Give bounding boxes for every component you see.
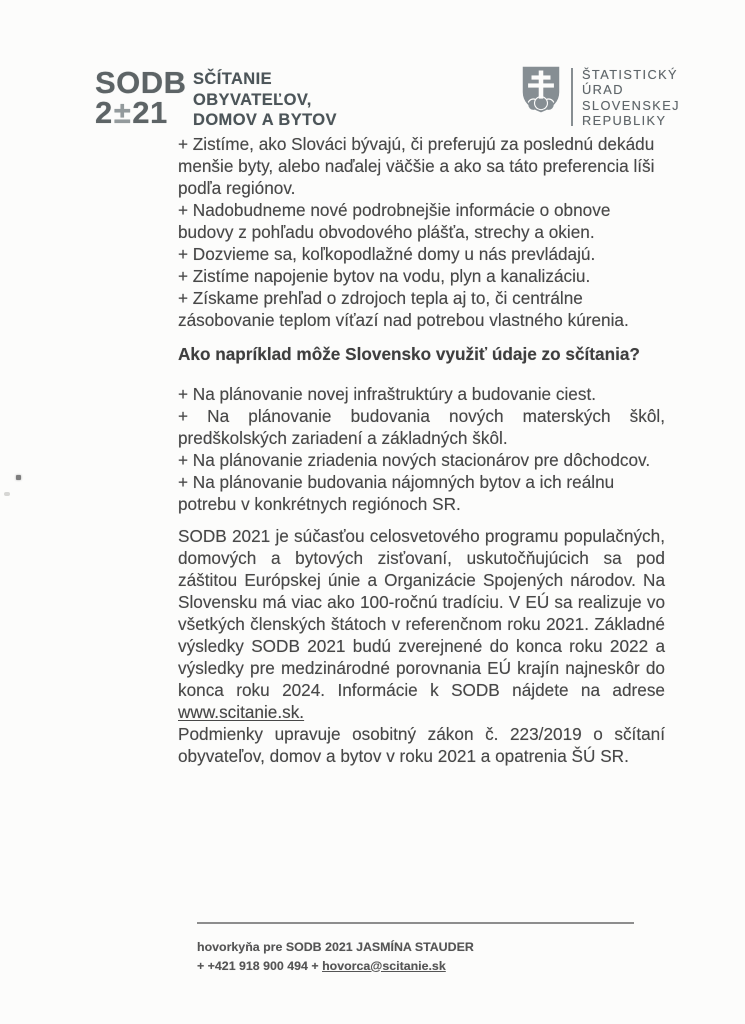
bullet-item: + Nadobudneme nové podrobnejšie informác… xyxy=(178,199,665,243)
sodb-logo: SODB 2±21 xyxy=(95,68,187,128)
phone-number: + +421 918 900 494 + xyxy=(197,959,322,973)
contact-line: + +421 918 900 494 + hovorca@scitanie.sk xyxy=(197,957,474,976)
agency-line4: REPUBLIKY xyxy=(582,113,680,128)
census-title-line3: DOMOV A BYTOV xyxy=(193,110,337,131)
spokesperson-email-link[interactable]: hovorca@scitanie.sk xyxy=(322,959,446,973)
scan-artifact-smudge xyxy=(4,492,10,496)
sodb-logo-line2: 2±21 xyxy=(95,98,187,128)
document-footer: hovorkyňa pre SODB 2021 JASMÍNA STAUDER … xyxy=(197,938,474,975)
slovak-coat-of-arms-icon xyxy=(522,66,560,113)
scan-artifact-dot xyxy=(16,475,21,480)
about-text: SODB 2021 je súčasťou celosvetového prog… xyxy=(178,526,665,700)
bullet-item: + Získame prehľad o zdrojoch tepla aj to… xyxy=(178,287,665,331)
plus-minus-glyph: ± xyxy=(113,95,133,130)
agency-line1: ŠTATISTICKÝ xyxy=(582,67,680,82)
sodb-logo-line1: SODB xyxy=(95,68,187,98)
statistical-office-name: ŠTATISTICKÝ ÚRAD SLOVENSKEJ REPUBLIKY xyxy=(582,67,680,129)
bullet-item: + Na plánovanie budovania nájomných byto… xyxy=(178,471,665,515)
usage-list: + Na plánovanie novej infraštruktúry a b… xyxy=(178,383,665,515)
scitanie-website-link[interactable]: www.scitanie.sk. xyxy=(178,702,304,722)
benefits-list: + Zistíme, ako Slováci bývajú, či prefer… xyxy=(178,133,665,331)
bullet-item: + Na plánovanie novej infraštruktúry a b… xyxy=(178,383,665,405)
census-title-line1: SČÍTANIE xyxy=(193,69,337,90)
census-title-line2: OBYVATEĽOV, xyxy=(193,90,337,111)
statistical-office-block: ŠTATISTICKÝ ÚRAD SLOVENSKEJ REPUBLIKY xyxy=(522,66,680,129)
bullet-item: + Na plánovanie zriadenia nových stacion… xyxy=(178,449,665,471)
spokesperson-line: hovorkyňa pre SODB 2021 JASMÍNA STAUDER xyxy=(197,938,474,957)
law-paragraph: Podmienky upravuje osobitný zákon č. 223… xyxy=(178,723,665,767)
section-heading: Ako napríklad môže Slovensko využiť údaj… xyxy=(178,343,665,365)
footer-divider xyxy=(197,922,634,924)
document-page: SODB 2±21 SČÍTANIE OBYVATEĽOV, DOMOV A B… xyxy=(0,0,745,1024)
bullet-item: + Zistíme, ako Slováci bývajú, či prefer… xyxy=(178,133,665,199)
agency-line3: SLOVENSKEJ xyxy=(582,98,680,113)
census-title: SČÍTANIE OBYVATEĽOV, DOMOV A BYTOV xyxy=(193,69,337,131)
document-body: + Zistíme, ako Slováci bývajú, či prefer… xyxy=(178,133,665,767)
header-vertical-divider xyxy=(571,68,573,126)
bullet-item: + Dozvieme sa, koľkopodlažné domy u nás … xyxy=(178,243,665,265)
bullet-item: + Zistíme napojenie bytov na vodu, plyn … xyxy=(178,265,665,287)
about-paragraph: SODB 2021 je súčasťou celosvetového prog… xyxy=(178,525,665,723)
agency-line2: ÚRAD xyxy=(582,82,680,97)
bullet-item: + Na plánovanie budovania nových matersk… xyxy=(178,405,665,449)
